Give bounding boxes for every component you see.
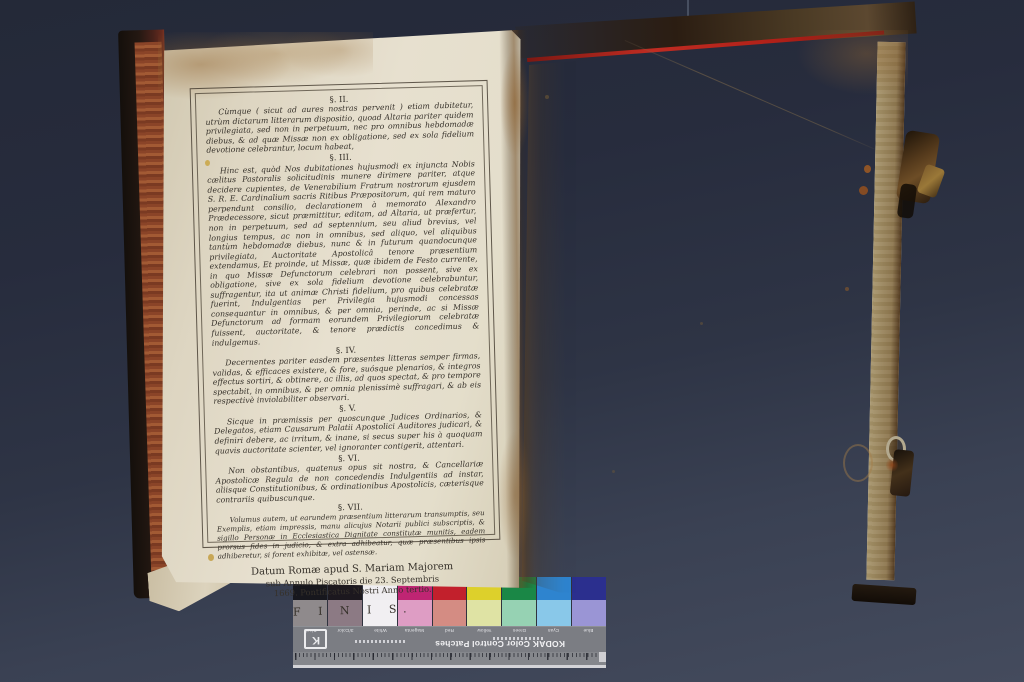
patch-label: Red: [432, 626, 467, 635]
text-frame-border: §. II. Cùmque ( sicut ad aures nostras p…: [190, 80, 501, 548]
clasp-strap: [890, 449, 915, 497]
foxing-dot: [864, 165, 871, 173]
patch-label: Cyan: [536, 626, 571, 635]
ruler-ticks-big: [295, 653, 604, 660]
foxing-dot: [700, 322, 703, 325]
patch-label: Yellow: [467, 626, 502, 635]
foxing-dot: [845, 287, 849, 291]
patch-label: White: [363, 626, 398, 635]
kodak-ruler: [293, 652, 606, 668]
clasp-rust-stain: [886, 458, 898, 472]
section-body: Decernentes pariter easdem præsentes lit…: [212, 351, 481, 406]
ring-stain: [843, 444, 873, 482]
gutter-stain-bottom: [498, 430, 532, 560]
foxing-dot: [859, 186, 868, 195]
stain-top-right-corner: [770, 30, 908, 125]
photo-of-open-book: Black3/ColorWhiteMagentaRedYellowGreenCy…: [0, 0, 1024, 682]
patch-label: Magenta: [397, 626, 432, 635]
section-body: Sicque in præmissis per quoscunque Judic…: [214, 410, 483, 456]
text-block: §. II. Cùmque ( sicut ad aures nostras p…: [195, 85, 495, 543]
kodak-label-band: Black3/ColorWhiteMagentaRedYellowGreenCy…: [293, 626, 606, 652]
foxing-dot: [545, 95, 549, 99]
patch-label: Green: [502, 626, 537, 635]
book-clasp-lower: [884, 432, 926, 500]
patch-label: Blue: [571, 626, 606, 635]
book-clasp-upper: [899, 126, 945, 214]
section-body: Cùmque ( sicut ad aures nostras pervenit…: [205, 100, 474, 155]
section-body: Hinc est, quòd Nos dubitationes hujusmod…: [207, 159, 480, 348]
patch-label: 3/Color: [328, 626, 363, 635]
ruler-endcap: [599, 652, 606, 662]
gutter-stain-top: [500, 48, 530, 158]
kodak-logo-icon: K: [304, 629, 327, 649]
kodak-patch-labels: Black3/ColorWhiteMagentaRedYellowGreenCy…: [293, 626, 606, 635]
section-body: Volumus autem, ut earundem præsentium li…: [217, 508, 486, 560]
foxing-dot: [612, 470, 615, 473]
kodak-microtext-left: [355, 640, 407, 643]
clasp-shadow: [897, 183, 918, 219]
foxing-dot: [208, 554, 214, 561]
kodak-strip-title: KODAK Color Control Patches: [407, 639, 593, 649]
